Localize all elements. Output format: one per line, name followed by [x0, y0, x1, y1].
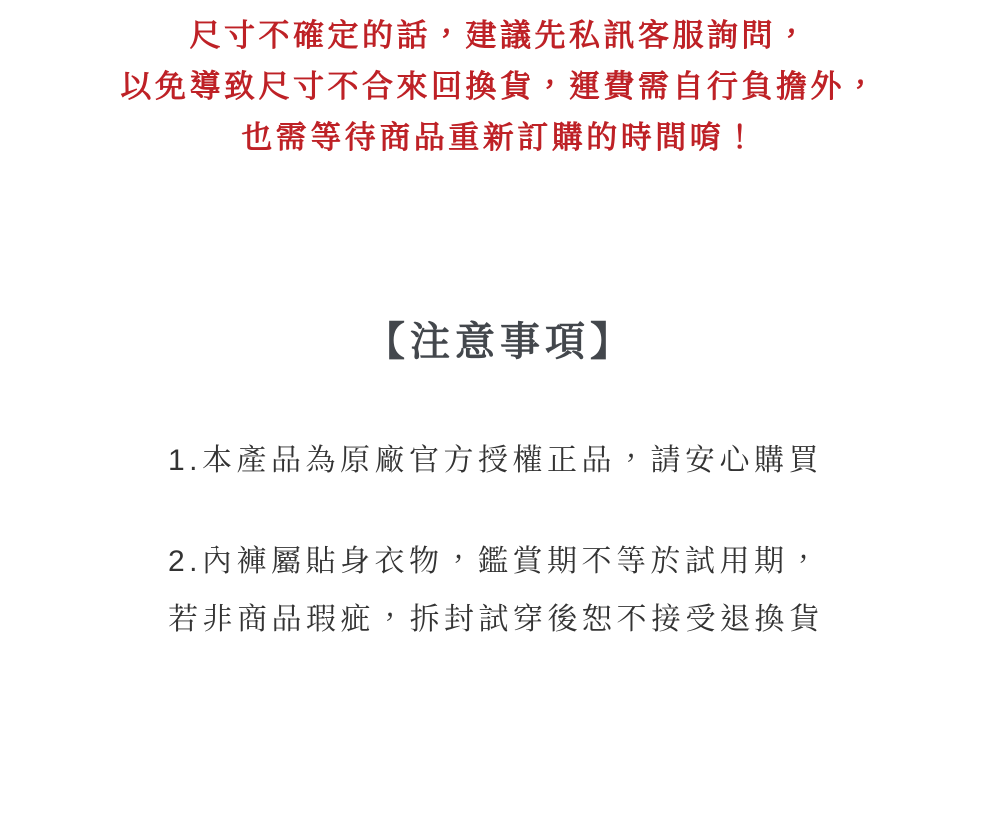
notes-heading: 【注意事項】	[0, 318, 1000, 366]
shipping-warning-line-3: 也需等待商品重新訂購的時間唷！	[0, 112, 1000, 163]
note-item-1: 1.本產品為原廠官方授權正品，請安心購買	[168, 441, 940, 481]
shipping-warning-line-1: 尺寸不確定的話，建議先私訊客服詢問，	[0, 10, 1000, 61]
note-1-line-1: 1.本產品為原廠官方授權正品，請安心購買	[168, 441, 940, 481]
shipping-warning-line-2: 以免導致尺寸不合來回換貨，運費需自行負擔外，	[0, 61, 1000, 112]
note-2-line-1: 2.內褲屬貼身衣物，鑑賞期不等於試用期，	[168, 533, 940, 591]
note-item-2: 2.內褲屬貼身衣物，鑑賞期不等於試用期， 若非商品瑕疵，拆封試穿後恕不接受退換貨	[168, 533, 940, 649]
shipping-size-warning: 尺寸不確定的話，建議先私訊客服詢問， 以免導致尺寸不合來回換貨，運費需自行負擔外…	[0, 10, 1000, 163]
product-notice-page: 尺寸不確定的話，建議先私訊客服詢問， 以免導致尺寸不合來回換貨，運費需自行負擔外…	[0, 0, 1000, 814]
note-2-line-2: 若非商品瑕疵，拆封試穿後恕不接受退換貨	[168, 591, 940, 649]
